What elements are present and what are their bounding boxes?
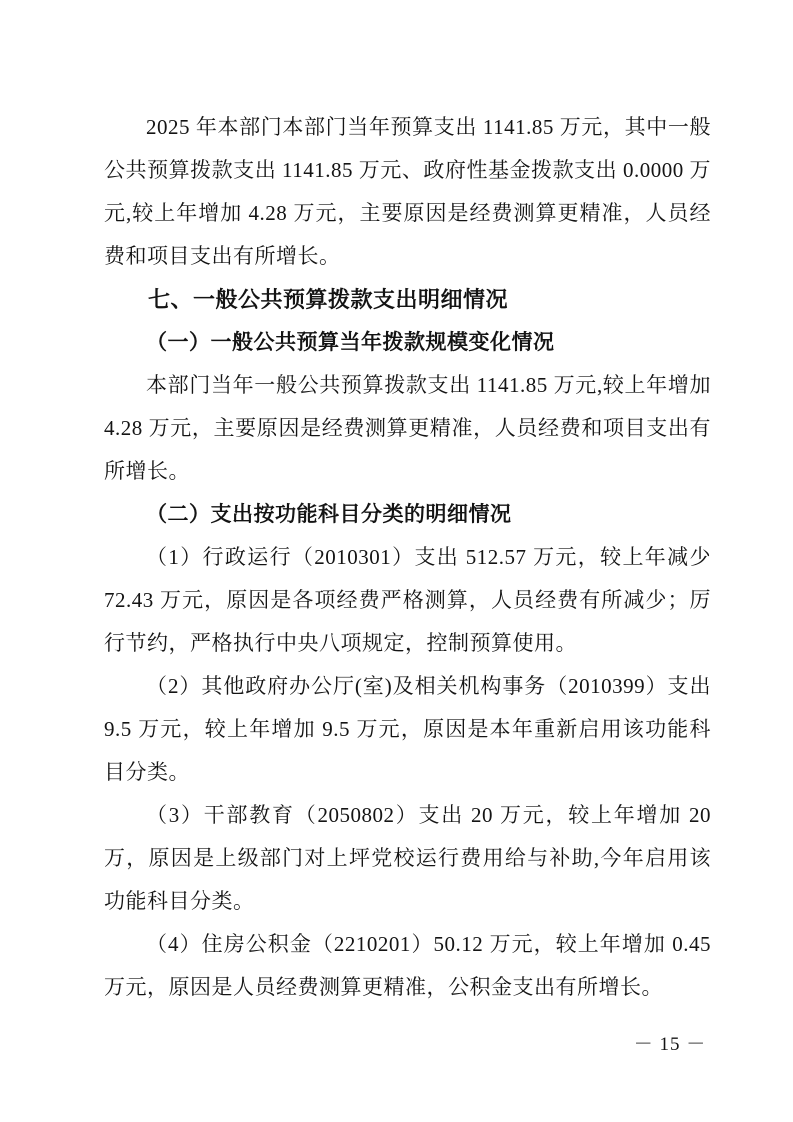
page-number: － 15 － [615,1032,725,1058]
document-body: 2025 年本部门本部门当年预算支出 1141.85 万元，其中一般公共预算拨款… [104,106,711,1009]
paragraph-item-3-cadre-education: （3）干部教育（2050802）支出 20 万元，较上年增加 20 万，原因是上… [104,794,711,923]
section-heading-seven: 七、一般公共预算拨款支出明细情况 [104,278,711,321]
subsection-heading-one: （一）一般公共预算当年拨款规模变化情况 [104,321,711,364]
paragraph-item-4-housing-fund: （4）住房公积金（2210201）50.12 万元，较上年增加 0.45 万元，… [104,923,711,1009]
paragraph-item-1-administrative-operation: （1）行政运行（2010301）支出 512.57 万元，较上年减少 72.43… [104,536,711,665]
subsection-heading-two: （二）支出按功能科目分类的明细情况 [104,493,711,536]
paragraph-general-budget-allocation: 本部门当年一般公共预算拨款支出 1141.85 万元,较上年增加 4.28 万元… [104,364,711,493]
document-page: 2025 年本部门本部门当年预算支出 1141.85 万元，其中一般公共预算拨款… [0,0,793,1122]
paragraph-item-2-other-government-office-affairs: （2）其他政府办公厅(室)及相关机构事务（2010399）支出 9.5 万元，较… [104,665,711,794]
paragraph-total-budget-expenditure: 2025 年本部门本部门当年预算支出 1141.85 万元，其中一般公共预算拨款… [104,106,711,278]
